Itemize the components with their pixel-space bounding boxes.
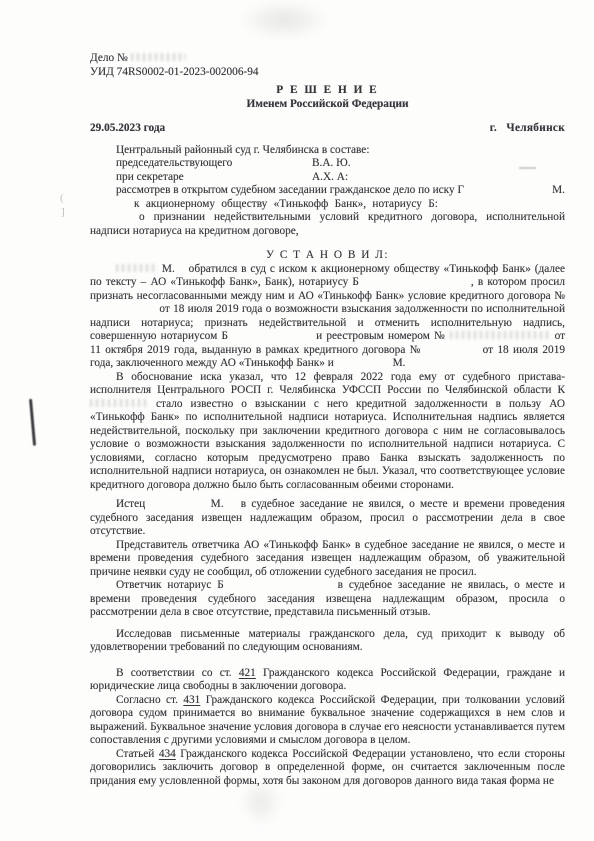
redacted-area	[224, 580, 332, 588]
paragraph-bank-absence: Представитель ответчика АО «Тинькофф Бан…	[90, 539, 565, 580]
secretary-line: при секретаре А.Х. А:	[90, 171, 565, 185]
decision-title: Р Е Ш Е Н И Е	[90, 84, 565, 98]
scanned-court-decision-page: ( ] Дело № УИД 74RS0002-01-2023-002006-9…	[0, 0, 594, 841]
decision-subtitle: Именем Российской Федерации	[90, 98, 565, 112]
document-text-block: Дело № УИД 74RS0002-01-2023-002006-94 Р …	[90, 0, 565, 788]
redacted-area	[464, 185, 552, 193]
paragraph-court-conclusion: Исследовав письменные материалы гражданс…	[90, 628, 565, 655]
redacted-area	[450, 331, 550, 339]
paragraph-article-434: Статьей 434 Гражданского кодекса Российс…	[90, 748, 565, 789]
decision-city: г. Челябинск	[490, 122, 565, 136]
claim-subject-line-2: надписи нотариуса на кредитном договоре,	[90, 225, 565, 239]
redacted-area	[359, 277, 471, 285]
redacted-area	[228, 331, 312, 339]
underlined-statute-number: 431	[183, 694, 200, 706]
presiding-judge-name: В.А. Ю.	[312, 157, 351, 171]
uid-line: УИД 74RS0002-01-2023-002006-94	[90, 66, 565, 80]
secretary-label: при секретаре	[116, 171, 312, 185]
paragraph-article-421: В соответствии со ст. 421 Гражданского к…	[90, 667, 565, 694]
defendants-line: к акционерному обществу «Тинькофф Банк»,…	[90, 198, 565, 212]
erased-letter-artifact-1: (	[60, 192, 64, 206]
paragraph-claim-grounds: В обоснование иска указал, что 12 феврал…	[90, 371, 565, 493]
paragraph-article-431: Согласно ст. 431 Гражданского кодекса Ро…	[90, 694, 565, 748]
presiding-judge-label: председательствующего	[116, 157, 312, 171]
decision-date: 29.05.2023 года	[90, 122, 165, 136]
redacted-area	[90, 304, 156, 312]
redacted-area	[426, 345, 478, 353]
date-city-row: 29.05.2023 года г. Челябинск	[90, 122, 565, 136]
paragraph-notary-absence: Ответчик нотариус Б в судебное заседание…	[90, 579, 565, 620]
secretary-name: А.Х. А:	[312, 171, 348, 185]
paragraph-claim-summary: М. обратился в суд с иском к акционерном…	[90, 263, 565, 371]
redacted-area	[90, 399, 148, 407]
redacted-area	[131, 53, 186, 61]
case-number-line: Дело №	[90, 52, 565, 66]
redacted-area	[116, 264, 158, 272]
decision-body: М. обратился в суд с иском к акционерном…	[90, 263, 565, 789]
underlined-statute-number: 421	[239, 667, 256, 679]
ustanovil-heading: У С Т А Н О В И Л:	[90, 249, 565, 263]
case-review-line: рассмотрев в открытом судебном заседании…	[90, 184, 565, 198]
paragraph-plaintiff-absence: Истец М. в судебное заседание не явился,…	[90, 498, 565, 539]
court-composition-block: Центральный районный суд г. Челябинска в…	[90, 144, 565, 239]
pen-stroke-mark	[29, 399, 36, 446]
spacer	[179, 264, 189, 272]
claim-subject-line: о признании недействительными условий кр…	[90, 211, 565, 225]
spacer	[224, 499, 236, 507]
erased-letter-artifact-2: ]	[61, 206, 65, 220]
redacted-area	[150, 499, 205, 507]
court-composition-line: Центральный районный суд г. Челябинска в…	[90, 144, 565, 158]
underlined-statute-number: 434	[159, 748, 176, 760]
presiding-judge-line: председательствующего В.А. Ю.	[90, 157, 565, 171]
redacted-area	[337, 358, 393, 366]
